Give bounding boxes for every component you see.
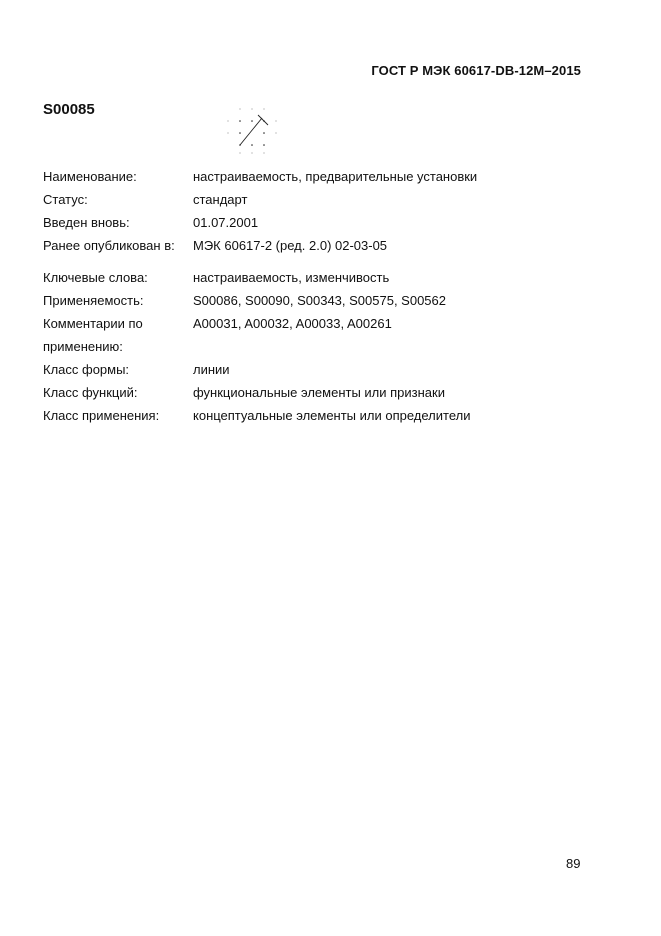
field-label: Применяемость: — [43, 289, 193, 312]
field-label: Класс применения: — [43, 404, 193, 427]
field-row-shape-class: Класс формы: линии — [43, 358, 603, 381]
field-value: стандарт — [193, 188, 603, 211]
field-value: настраиваемость, предварительные установ… — [193, 165, 603, 188]
field-row-previously-published: Ранее опубликован в: МЭК 60617-2 (ред. 2… — [43, 234, 603, 257]
field-row-keywords: Ключевые слова: настраиваемость, изменчи… — [43, 266, 603, 289]
field-value: настраиваемость, изменчивость — [193, 266, 603, 289]
field-value: A00031, A00032, A00033, A00261 — [193, 312, 603, 335]
field-value: S00086, S00090, S00343, S00575, S00562 — [193, 289, 603, 312]
field-label: Статус: — [43, 188, 193, 211]
field-label: Наименование: — [43, 165, 193, 188]
field-value: МЭК 60617-2 (ред. 2.0) 02-03-05 — [193, 234, 603, 257]
field-value: 01.07.2001 — [193, 211, 603, 234]
field-row-status: Статус: стандарт — [43, 188, 603, 211]
adjustability-arrow-icon — [226, 101, 286, 159]
field-value: концептуальные элементы или определители — [193, 404, 603, 427]
symbol-id: S00085 — [43, 101, 95, 118]
field-row-introduced: Введен вновь: 01.07.2001 — [43, 211, 603, 234]
field-value: линии — [193, 358, 603, 381]
field-row-applicability: Применяемость: S00086, S00090, S00343, S… — [43, 289, 603, 312]
symbol-fields: Наименование: настраиваемость, предварит… — [43, 165, 603, 427]
field-label: Комментарии по — [43, 312, 193, 335]
field-label: Введен вновь: — [43, 211, 193, 234]
field-row-application-notes-cont: применению: — [43, 335, 603, 358]
field-value — [193, 335, 603, 358]
field-value: функциональные элементы или признаки — [193, 381, 603, 404]
field-label: Ранее опубликован в: — [43, 234, 193, 257]
page-number: 89 — [566, 856, 580, 871]
field-row-application-notes: Комментарии по A00031, A00032, A00033, A… — [43, 312, 603, 335]
field-row-name: Наименование: настраиваемость, предварит… — [43, 165, 603, 188]
field-label: применению: — [43, 335, 193, 358]
field-label: Класс функций: — [43, 381, 193, 404]
field-label: Ключевые слова: — [43, 266, 193, 289]
field-row-function-class: Класс функций: функциональные элементы и… — [43, 381, 603, 404]
group-spacer — [43, 257, 603, 266]
document-header: ГОСТ Р МЭК 60617-DB-12M–2015 — [371, 63, 581, 78]
field-label: Класс формы: — [43, 358, 193, 381]
field-row-application-class: Класс применения: концептуальные элемент… — [43, 404, 603, 427]
